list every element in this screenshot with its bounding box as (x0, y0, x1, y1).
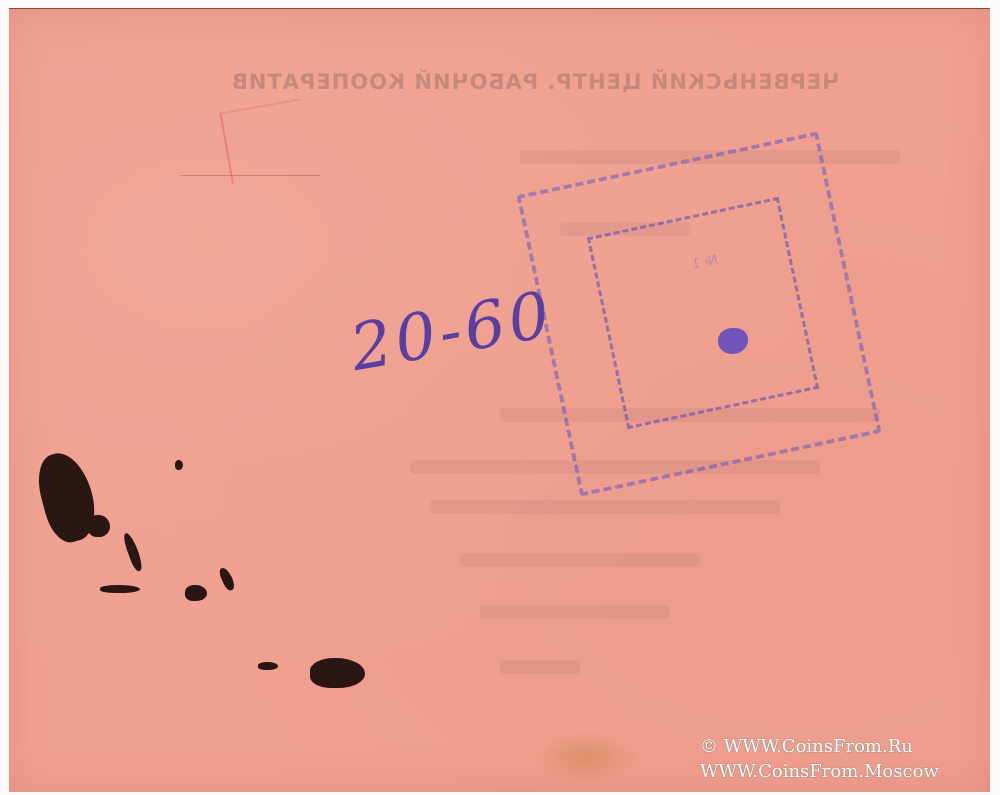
showthrough-line (500, 660, 580, 674)
ink-stain (310, 658, 365, 688)
dashed-line (180, 175, 320, 176)
watermark-line-1: © WWW.CoinsFrom.Ru (700, 734, 939, 759)
ink-stain (185, 585, 207, 601)
showthrough-line (460, 553, 700, 567)
watermark-line-2: WWW.CoinsFrom.Moscow (700, 759, 939, 784)
red-signature-mark (219, 98, 312, 183)
water-stain (530, 730, 640, 785)
showthrough-line (480, 605, 670, 619)
copyright-watermark: © WWW.CoinsFrom.Ru WWW.CoinsFrom.Moscow (700, 734, 939, 784)
showthrough-line (430, 500, 780, 514)
ink-stain (175, 460, 183, 470)
ink-stain (258, 662, 278, 670)
ink-stain (88, 515, 110, 537)
stamp-inner-frame (587, 197, 819, 429)
showthrough-header-text: ЧЕРВЕНЬСКИЙ ЦЕНТР. РАБОЧИЙ КООПЕРАТИВ (140, 70, 930, 94)
ink-stain (100, 585, 140, 593)
